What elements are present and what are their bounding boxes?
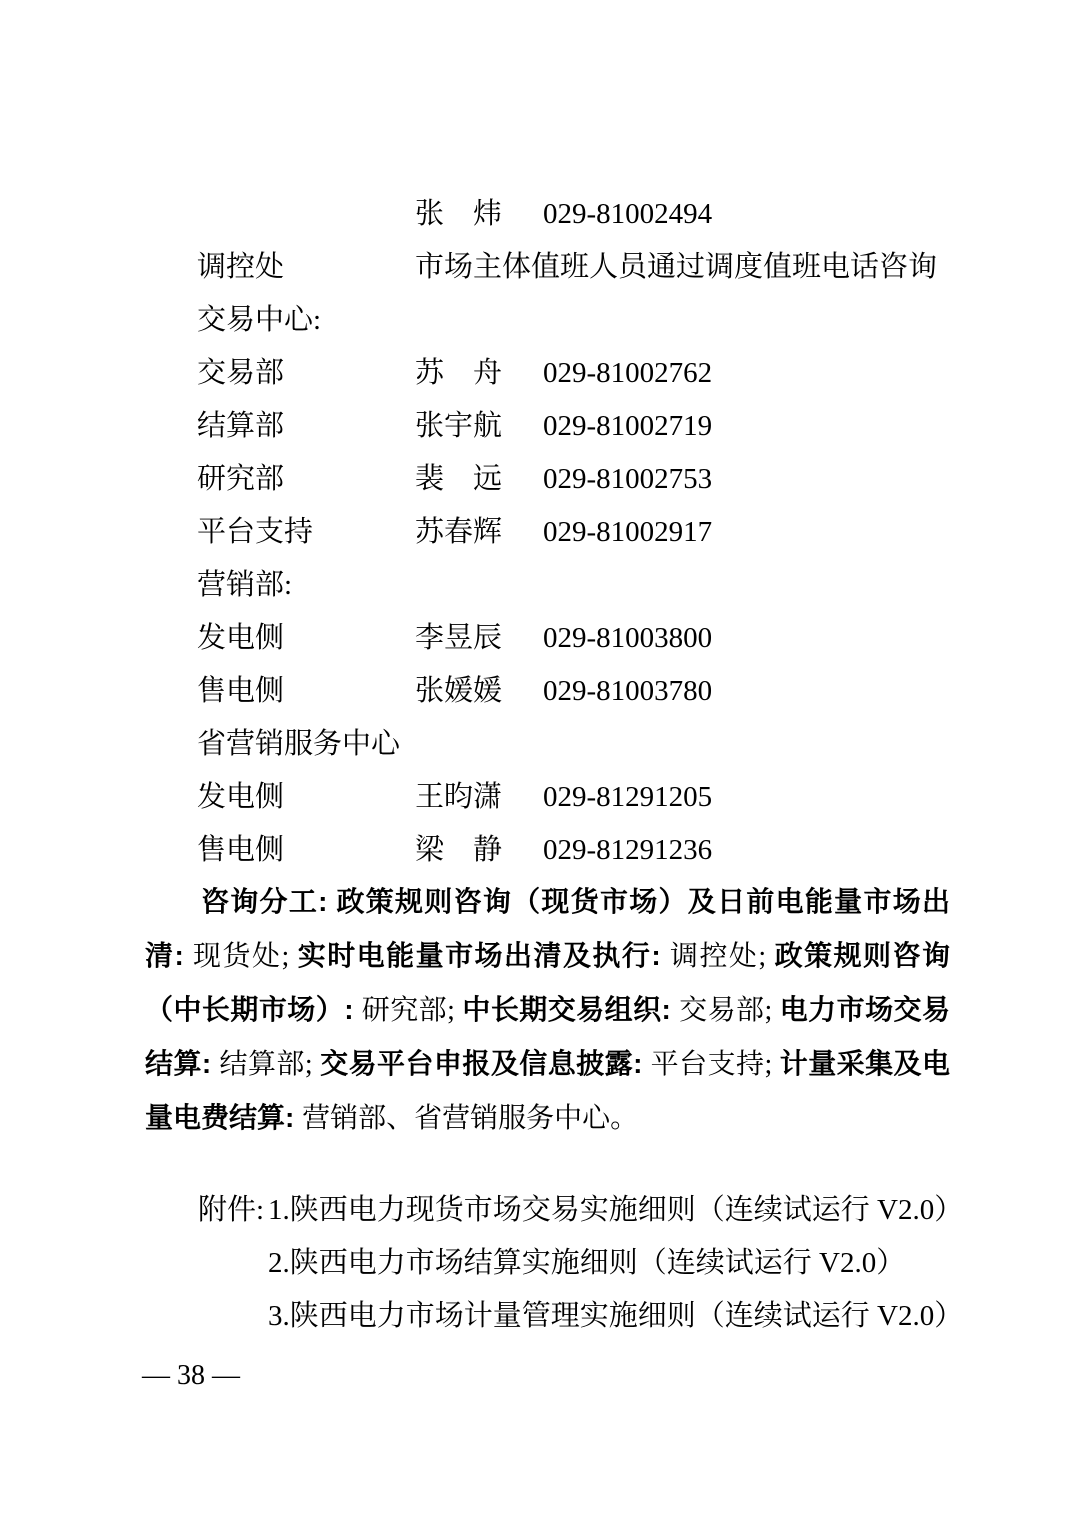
contact-name: 市场主体值班人员通过调度值班电话咨询: [415, 241, 937, 294]
contact-name: 李昱辰: [415, 612, 502, 665]
contact-row: 发电侧李昱辰029-81003800: [0, 612, 1080, 665]
contact-dept: 省营销服务中心: [197, 718, 400, 771]
contact-row: 交易中心:: [0, 294, 1080, 347]
contact-row: 交易部苏 舟029-81002762: [0, 347, 1080, 400]
contact-name: 梁 静: [415, 824, 502, 877]
attachments-list: 1.陕西电力现货市场交易实施细则（连续试运行 V2.0）2.陕西电力市场结算实施…: [268, 1184, 963, 1343]
contact-phone: 029-81003780: [543, 665, 712, 718]
contact-phone: 029-81291236: [543, 824, 712, 877]
contact-phone: 029-81003800: [543, 612, 712, 665]
contact-dept: 调控处: [197, 241, 284, 294]
division-assignee: 交易部;: [679, 995, 780, 1026]
contact-phone: 029-81002494: [543, 188, 712, 241]
division-topic: 实时电能量市场出清及执行:: [298, 940, 670, 971]
contact-row: 结算部张宇航029-81002719: [0, 400, 1080, 453]
contact-dept: 售电侧: [197, 824, 284, 877]
contact-row: 省营销服务中心: [0, 718, 1080, 771]
division-assignee: 调控处;: [670, 941, 775, 972]
contact-dept: 售电侧: [197, 665, 284, 718]
contact-row: 调控处市场主体值班人员通过调度值班电话咨询: [0, 241, 1080, 294]
contact-name: 王昀潇: [415, 771, 502, 824]
contact-dept: 发电侧: [197, 612, 284, 665]
division-topic: 中长期交易组织:: [462, 994, 679, 1025]
contact-phone: 029-81291205: [543, 771, 712, 824]
document-page: 张 炜029-81002494调控处市场主体值班人员通过调度值班电话咨询交易中心…: [0, 0, 1080, 1527]
attachment-item: 1.陕西电力现货市场交易实施细则（连续试运行 V2.0）: [268, 1184, 963, 1237]
division-assignee: 现货处;: [193, 941, 298, 972]
division-topic: 交易平台申报及信息披露:: [320, 1048, 651, 1079]
contact-dept: 结算部: [197, 400, 284, 453]
attachments-block: 附件: 1.陕西电力现货市场交易实施细则（连续试运行 V2.0）2.陕西电力市场…: [198, 1184, 963, 1343]
contact-phone: 029-81002762: [543, 347, 712, 400]
contact-phone: 029-81002917: [543, 506, 712, 559]
contact-dept: 交易中心:: [197, 294, 321, 347]
contact-row: 平台支持苏春辉029-81002917: [0, 506, 1080, 559]
contact-row: 张 炜029-81002494: [0, 188, 1080, 241]
contact-name: 苏春辉: [415, 506, 502, 559]
contact-name: 裴 远: [415, 453, 502, 506]
division-paragraph: 咨询分工: 政策规则咨询（现货市场）及日前电能量市场出清: 现货处; 实时电能量…: [145, 875, 950, 1145]
division-assignee: 营销部、省营销服务中心。: [302, 1103, 638, 1134]
contact-name: 张宇航: [415, 400, 502, 453]
contact-dept: 发电侧: [197, 771, 284, 824]
contact-name: 张媛媛: [415, 665, 502, 718]
attachments-label: 附件:: [198, 1184, 268, 1237]
contact-row: 售电侧张媛媛029-81003780: [0, 665, 1080, 718]
division-assignee: 结算部;: [219, 1049, 320, 1080]
attachment-item: 3.陕西电力市场计量管理实施细则（连续试运行 V2.0）: [268, 1290, 963, 1343]
contact-row: 发电侧王昀潇029-81291205: [0, 771, 1080, 824]
division-assignee: 平台支持;: [651, 1049, 780, 1080]
attachment-item: 2.陕西电力市场结算实施细则（连续试运行 V2.0）: [268, 1237, 963, 1290]
contact-name: 苏 舟: [415, 347, 502, 400]
contact-dept: 交易部: [197, 347, 284, 400]
division-assignee: 研究部;: [362, 995, 463, 1026]
contact-row: 营销部:: [0, 559, 1080, 612]
contact-list: 张 炜029-81002494调控处市场主体值班人员通过调度值班电话咨询交易中心…: [0, 188, 1080, 877]
contact-dept: 平台支持: [197, 506, 313, 559]
contact-name: 张 炜: [415, 188, 502, 241]
contact-row: 研究部裴 远029-81002753: [0, 453, 1080, 506]
contact-phone: 029-81002719: [543, 400, 712, 453]
contact-dept: 研究部: [197, 453, 284, 506]
contact-row: 售电侧梁 静029-81291236: [0, 824, 1080, 877]
contact-dept: 营销部:: [197, 559, 292, 612]
contact-phone: 029-81002753: [543, 453, 712, 506]
page-number: — 38 —: [142, 1356, 240, 1396]
